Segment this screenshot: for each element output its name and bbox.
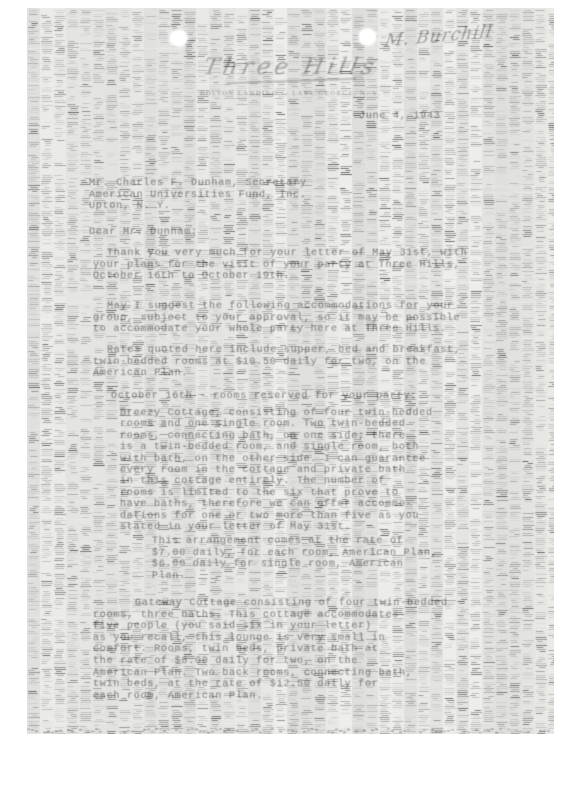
- letterhead: Three Hills BOLTON LANDING — LAKE GEORGE…: [27, 54, 554, 97]
- typed-line: Breezy Cottage, consisting of four twin-…: [120, 408, 540, 419]
- punch-hole-right: [359, 29, 376, 45]
- typed-line: American Universities Fund, Inc.: [89, 190, 307, 202]
- date-note-line: October 16th - rooms reserved for your p…: [93, 391, 531, 403]
- typed-line: Gateway Cottage consisting of four twin-…: [93, 598, 513, 610]
- typed-line: rooms, connecting bath, on one side; the…: [120, 431, 540, 442]
- typed-line: to accommodate your whole party here at …: [93, 324, 513, 336]
- letterhead-subtitle: BOLTON LANDING — LAKE GEORGE, N. Y.: [27, 90, 554, 97]
- paragraph-6: Gateway Cottage consisting of four twin-…: [93, 598, 513, 702]
- date-line: June 4, 1943: [359, 111, 441, 123]
- paragraph-4-indented-block: Breezy Cottage, consisting of four twin-…: [120, 408, 540, 533]
- typed-line: American Plan. Two back rooms, connectin…: [93, 668, 513, 680]
- typed-line: each room, American Plan.: [93, 691, 513, 703]
- paragraph-2: May I suggest the following accommodatio…: [93, 301, 513, 336]
- typed-line: twin beds, at the rate of $12.50 daily f…: [93, 679, 513, 691]
- typed-line: group, subject to your approval, so it m…: [93, 313, 513, 325]
- typed-line: $7.00 daily, for each room, American Pla…: [152, 548, 554, 560]
- scanned-letter-page: M. Burchill Three Hills BOLTON LANDING —…: [27, 8, 554, 734]
- typed-line: every room in the cottage and private ba…: [120, 465, 540, 476]
- typed-line: Upton, N. Y.: [89, 201, 307, 213]
- paragraph-3: Rates quoted here include supper, bed an…: [93, 345, 513, 380]
- typed-line: the rate of $8.00 daily for two, on the: [93, 656, 513, 668]
- typed-line: This arrangement comes at the rate of: [152, 536, 554, 548]
- typed-line: five people (you said six in your letter…: [93, 621, 513, 633]
- typed-line: with bath, on the other side. I can guar…: [120, 454, 540, 465]
- paragraph-5-rate-block: This arrangement comes at the rate of$7.…: [152, 536, 554, 582]
- typed-line: $6.00 daily for single room, American: [152, 559, 554, 571]
- typed-line: in this cottage entirely. The number of: [120, 476, 540, 487]
- typed-line: as you recall, this lounge is very small…: [93, 633, 513, 645]
- typed-line: is a twin-bedded room, and single room, …: [120, 442, 540, 453]
- typed-line: dations for one or two more than five as…: [120, 511, 540, 522]
- salutation: Dear Mr. Dunham:: [89, 227, 198, 239]
- recipient-address: Mr. Charles F. Dunham, SecretaryAmerican…: [89, 178, 307, 213]
- punch-hole-left: [170, 30, 187, 46]
- typed-line: Thank you very much for your letter of M…: [93, 248, 513, 260]
- typed-line: October 16th - rooms reserved for your p…: [111, 391, 531, 403]
- typed-line: have baths, therefore we can offer accom…: [120, 499, 540, 510]
- typed-line: rooms, three baths. This cottage accommo…: [93, 610, 513, 622]
- typed-line: your plans for the visit of your party a…: [93, 260, 513, 272]
- typed-line: comfort. Rooms, twin beds, private bath …: [93, 644, 513, 656]
- typed-line: rooms is limited to the six that prove t…: [120, 488, 540, 499]
- typed-line: May I suggest the following accommodatio…: [93, 301, 513, 313]
- typed-line: Rates quoted here include supper, bed an…: [93, 345, 513, 357]
- typed-line: twin-bedded rooms at $10.50 daily for tw…: [93, 357, 513, 369]
- typed-line: American Plan.: [93, 368, 513, 380]
- typed-line: stated in your letter of May 31st.: [120, 522, 540, 533]
- typed-line: Plan.: [152, 571, 554, 583]
- typed-line: Mr. Charles F. Dunham, Secretary: [89, 178, 307, 190]
- typed-line: rooms and one single room. Two twin-bedd…: [120, 419, 540, 430]
- letterhead-script-title: Three Hills: [27, 54, 554, 80]
- typed-line: October 16th to October 19th.: [93, 271, 513, 283]
- paragraph-1: Thank you very much for your letter of M…: [93, 248, 513, 283]
